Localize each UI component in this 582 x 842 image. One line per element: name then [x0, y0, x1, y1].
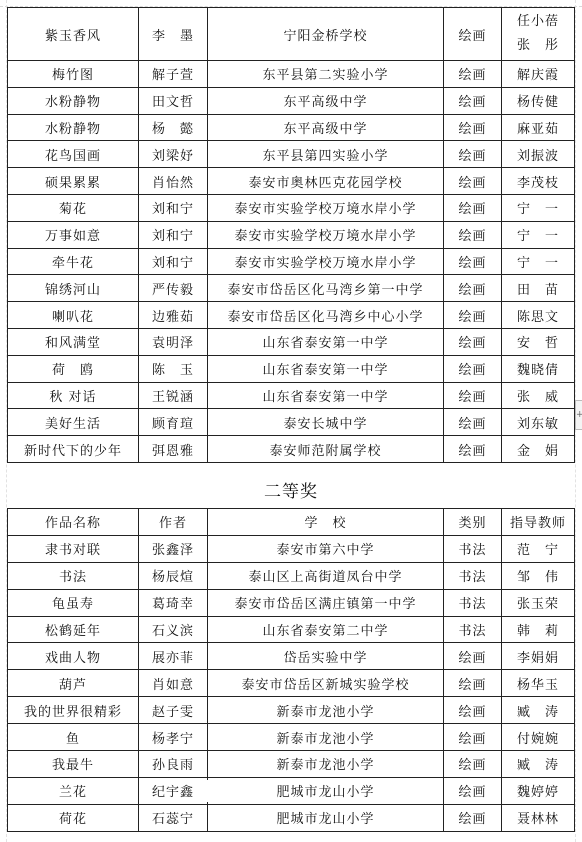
table-row: 万事如意刘和宁泰安市实验学校万境水岸小学绘画宁 一	[8, 221, 575, 248]
school-cell: 东平高级中学	[208, 87, 444, 114]
school-cell: 泰安市第六中学	[208, 535, 444, 562]
category-cell: 书法	[444, 616, 502, 643]
work-title-cell: 松鹤延年	[8, 616, 139, 643]
author-cell: 李 墨	[139, 8, 208, 61]
work-title-cell: 水粉静物	[8, 114, 139, 141]
teacher-cell: 张玉荣	[502, 589, 575, 616]
school-cell: 泰安市岱岳区化马湾乡第一中学	[208, 275, 444, 302]
author-cell: 顾育瑄	[139, 409, 208, 436]
author-cell: 王锐涵	[139, 382, 208, 409]
table-row: 书法杨辰煊泰山区上高街道凤台中学书法邹 伟	[8, 562, 575, 589]
author-cell: 严传毅	[139, 275, 208, 302]
table-row: 美好生活顾育瑄泰安长城中学绘画刘东敏	[8, 409, 575, 436]
work-title-cell: 秋 对话	[8, 382, 139, 409]
category-cell: 绘画	[444, 382, 502, 409]
author-cell: 展亦菲	[139, 643, 208, 670]
table-row: 和风满堂袁明泽山东省泰安第一中学绘画安 哲	[8, 328, 575, 355]
table-row: 龟虽寿葛琦幸泰安市岱岳区满庄镇第一中学书法张玉荣	[8, 589, 575, 616]
author-cell: 解子萱	[139, 61, 208, 88]
category-cell: 绘画	[444, 724, 502, 751]
category-cell: 绘画	[444, 804, 502, 831]
table-row: 秋 对话王锐涵山东省泰安第一中学绘画张 威	[8, 382, 575, 409]
teacher-cell: 杨华玉	[502, 670, 575, 697]
category-cell: 绘画	[444, 777, 502, 804]
work-title-cell: 花鸟国画	[8, 141, 139, 168]
category-cell: 书法	[444, 589, 502, 616]
teacher-cell: 邹 伟	[502, 562, 575, 589]
author-cell: 边雅茹	[139, 302, 208, 329]
teacher-cell: 韩 莉	[502, 616, 575, 643]
awards-table-first-prize-continued: 紫玉香风 李 墨 宁阳金桥学校 绘画 任小蓓 张 彤 梅竹图解子萱东平县第二实验…	[7, 7, 575, 463]
table-row: 锦绣河山严传毅泰安市岱岳区化马湾乡第一中学绘画田 苗	[8, 275, 575, 302]
school-cell: 泰安市实验学校万境水岸小学	[208, 248, 444, 275]
teacher-cell: 李茂枝	[502, 168, 575, 195]
author-cell: 肖怡然	[139, 168, 208, 195]
school-cell: 泰安市岱岳区满庄镇第一中学	[208, 589, 444, 616]
school-cell: 山东省泰安第二中学	[208, 616, 444, 643]
teacher-cell: 宁 一	[502, 221, 575, 248]
work-title-cell: 万事如意	[8, 221, 139, 248]
teacher-cell: 麻亚茹	[502, 114, 575, 141]
school-cell: 肥城市龙山小学	[208, 804, 444, 831]
table-row: 花鸟国画刘梁妤东平县第四实验小学绘画刘振波	[8, 141, 575, 168]
table-row: 我的世界很精彩赵子雯新泰市龙池小学绘画臧 涛	[8, 697, 575, 724]
teacher-cell: 田 苗	[502, 275, 575, 302]
author-cell: 杨 懿	[139, 114, 208, 141]
teacher-cell: 臧 涛	[502, 697, 575, 724]
school-cell: 东平县第四实验小学	[208, 141, 444, 168]
table-row: 荷花石蕊宁肥城市龙山小学绘画聂林林	[8, 804, 575, 831]
school-cell: 新泰市龙池小学	[208, 724, 444, 751]
author-cell: 刘和宁	[139, 221, 208, 248]
category-cell: 绘画	[444, 436, 502, 463]
table-row: 新时代下的少年弭恩雅泰安师范附属学校绘画金 娟	[8, 436, 575, 463]
table-row: 水粉静物田文哲东平高级中学绘画杨传健	[8, 87, 575, 114]
category-cell: 绘画	[444, 751, 502, 778]
table-row: 硕果累累肖怡然泰安市奥林匹克花园学校绘画李茂枝	[8, 168, 575, 195]
school-cell: 泰安市岱岳区化马湾乡中心小学	[208, 302, 444, 329]
teacher-cell: 聂林林	[502, 804, 575, 831]
category-cell: 绘画	[444, 409, 502, 436]
work-title-cell: 喇叭花	[8, 302, 139, 329]
work-title-cell: 我的世界很精彩	[8, 697, 139, 724]
table-header-row: 作品名称 作者 学 校 类别 指导教师	[8, 509, 575, 536]
table-row: 戏曲人物展亦菲岱岳实验中学绘画李娟娟	[8, 643, 575, 670]
author-cell: 陈 玉	[139, 355, 208, 382]
image-artifact	[206, 780, 220, 802]
teacher-cell: 张 威	[502, 382, 575, 409]
teacher-cell: 刘东敏	[502, 409, 575, 436]
table-row: 松鹤延年石义滨山东省泰安第二中学书法韩 莉	[8, 616, 575, 643]
school-cell: 东平县第二实验小学	[208, 61, 444, 88]
school-cell: 泰安市实验学校万境水岸小学	[208, 194, 444, 221]
work-title-cell: 新时代下的少年	[8, 436, 139, 463]
author-cell: 刘和宁	[139, 248, 208, 275]
table-row: 喇叭花边雅茹泰安市岱岳区化马湾乡中心小学绘画陈思文	[8, 302, 575, 329]
author-cell: 杨孝宁	[139, 724, 208, 751]
teacher-cell: 宁 一	[502, 248, 575, 275]
work-title-cell: 葫芦	[8, 670, 139, 697]
header-author: 作者	[139, 509, 208, 536]
category-cell: 绘画	[444, 697, 502, 724]
table-row: 鱼杨孝宁新泰市龙池小学绘画付婉婉	[8, 724, 575, 751]
teacher-cell: 任小蓓 张 彤	[502, 8, 575, 61]
school-cell: 宁阳金桥学校	[208, 8, 444, 61]
category-cell: 绘画	[444, 221, 502, 248]
author-cell: 田文哲	[139, 87, 208, 114]
school-cell: 泰安市奥林匹克花园学校	[208, 168, 444, 195]
school-cell: 泰安市实验学校万境水岸小学	[208, 221, 444, 248]
teacher-cell: 范 宁	[502, 535, 575, 562]
category-cell: 绘画	[444, 328, 502, 355]
school-cell: 肥城市龙山小学	[208, 777, 444, 804]
awards-table-second-prize: 作品名称 作者 学 校 类别 指导教师 隶书对联张鑫泽泰安市第六中学书法范 宁书…	[7, 508, 575, 832]
category-cell: 书法	[444, 562, 502, 589]
work-title-cell: 戏曲人物	[8, 643, 139, 670]
work-title-cell: 梅竹图	[8, 61, 139, 88]
school-cell: 新泰市龙池小学	[208, 751, 444, 778]
table-row: 菊花刘和宁泰安市实验学校万境水岸小学绘画宁 一	[8, 194, 575, 221]
work-title-cell: 锦绣河山	[8, 275, 139, 302]
author-cell: 葛琦幸	[139, 589, 208, 616]
category-cell: 绘画	[444, 275, 502, 302]
author-cell: 赵子雯	[139, 697, 208, 724]
teacher-name: 任小蓓	[502, 10, 574, 34]
category-cell: 绘画	[444, 8, 502, 61]
teacher-cell: 金 娟	[502, 436, 575, 463]
section-heading-second-prize: 二等奖	[0, 477, 582, 502]
table-row: 水粉静物杨 懿东平高级中学绘画麻亚茹	[8, 114, 575, 141]
header-school: 学 校	[208, 509, 444, 536]
author-cell: 刘梁妤	[139, 141, 208, 168]
category-cell: 绘画	[444, 194, 502, 221]
work-title-cell: 牵牛花	[8, 248, 139, 275]
work-title-cell: 书法	[8, 562, 139, 589]
teacher-cell: 刘振波	[502, 141, 575, 168]
table-row: 葫芦肖如意泰安市岱岳区新城实验学校绘画杨华玉	[8, 670, 575, 697]
author-cell: 袁明泽	[139, 328, 208, 355]
table-row: 兰花纪宇鑫肥城市龙山小学绘画魏婷婷	[8, 777, 575, 804]
teacher-cell: 臧 涛	[502, 751, 575, 778]
table-row: 荷 鸥陈 玉山东省泰安第一中学绘画魏晓倩	[8, 355, 575, 382]
author-cell: 弭恩雅	[139, 436, 208, 463]
work-title-cell: 兰花	[8, 777, 139, 804]
category-cell: 绘画	[444, 61, 502, 88]
page-edge-top	[0, 0, 582, 7]
work-title-cell: 美好生活	[8, 409, 139, 436]
category-cell: 绘画	[444, 114, 502, 141]
table-row: 梅竹图解子萱东平县第二实验小学绘画解庆霞	[8, 61, 575, 88]
school-cell: 山东省泰安第一中学	[208, 382, 444, 409]
work-title-cell: 和风满堂	[8, 328, 139, 355]
school-cell: 泰安市岱岳区新城实验学校	[208, 670, 444, 697]
category-cell: 绘画	[444, 87, 502, 114]
work-title-cell: 我最牛	[8, 751, 139, 778]
header-teacher: 指导教师	[502, 509, 575, 536]
teacher-cell: 宁 一	[502, 194, 575, 221]
author-cell: 石蕊宁	[139, 804, 208, 831]
school-cell: 岱岳实验中学	[208, 643, 444, 670]
author-cell: 张鑫泽	[139, 535, 208, 562]
category-cell: 绘画	[444, 355, 502, 382]
table-row: 我最牛孙良雨新泰市龙池小学绘画臧 涛	[8, 751, 575, 778]
teacher-cell: 付婉婉	[502, 724, 575, 751]
school-cell: 新泰市龙池小学	[208, 697, 444, 724]
school-cell: 山东省泰安第一中学	[208, 355, 444, 382]
work-title-cell: 龟虽寿	[8, 589, 139, 616]
header-category: 类别	[444, 509, 502, 536]
category-cell: 绘画	[444, 141, 502, 168]
teacher-cell: 杨传健	[502, 87, 575, 114]
school-cell: 东平高级中学	[208, 114, 444, 141]
author-cell: 孙良雨	[139, 751, 208, 778]
teacher-cell: 魏婷婷	[502, 777, 575, 804]
school-cell: 泰安师范附属学校	[208, 436, 444, 463]
school-cell: 山东省泰安第一中学	[208, 328, 444, 355]
teacher-cell: 解庆霞	[502, 61, 575, 88]
header-work-title: 作品名称	[8, 509, 139, 536]
work-title-cell: 菊花	[8, 194, 139, 221]
author-cell: 刘和宁	[139, 194, 208, 221]
teacher-cell: 李娟娟	[502, 643, 575, 670]
author-cell: 石义滨	[139, 616, 208, 643]
category-cell: 绘画	[444, 670, 502, 697]
work-title-cell: 荷 鸥	[8, 355, 139, 382]
category-cell: 绘画	[444, 302, 502, 329]
teacher-cell: 魏晓倩	[502, 355, 575, 382]
table-row: 牵牛花刘和宁泰安市实验学校万境水岸小学绘画宁 一	[8, 248, 575, 275]
category-cell: 绘画	[444, 643, 502, 670]
school-cell: 泰山区上高街道凤台中学	[208, 562, 444, 589]
side-expand-handle[interactable]: +	[575, 400, 582, 430]
work-title-cell: 硕果累累	[8, 168, 139, 195]
category-cell: 书法	[444, 535, 502, 562]
author-cell: 纪宇鑫	[139, 777, 208, 804]
work-title-cell: 隶书对联	[8, 535, 139, 562]
work-title-cell: 水粉静物	[8, 87, 139, 114]
teacher-cell: 陈思文	[502, 302, 575, 329]
work-title-cell: 紫玉香风	[8, 8, 139, 61]
author-cell: 肖如意	[139, 670, 208, 697]
teacher-cell: 安 哲	[502, 328, 575, 355]
table-row: 隶书对联张鑫泽泰安市第六中学书法范 宁	[8, 535, 575, 562]
school-cell: 泰安长城中学	[208, 409, 444, 436]
teacher-name: 张 彤	[502, 34, 574, 58]
work-title-cell: 荷花	[8, 804, 139, 831]
author-cell: 杨辰煊	[139, 562, 208, 589]
category-cell: 绘画	[444, 248, 502, 275]
category-cell: 绘画	[444, 168, 502, 195]
work-title-cell: 鱼	[8, 724, 139, 751]
table-row: 紫玉香风 李 墨 宁阳金桥学校 绘画 任小蓓 张 彤	[8, 8, 575, 61]
